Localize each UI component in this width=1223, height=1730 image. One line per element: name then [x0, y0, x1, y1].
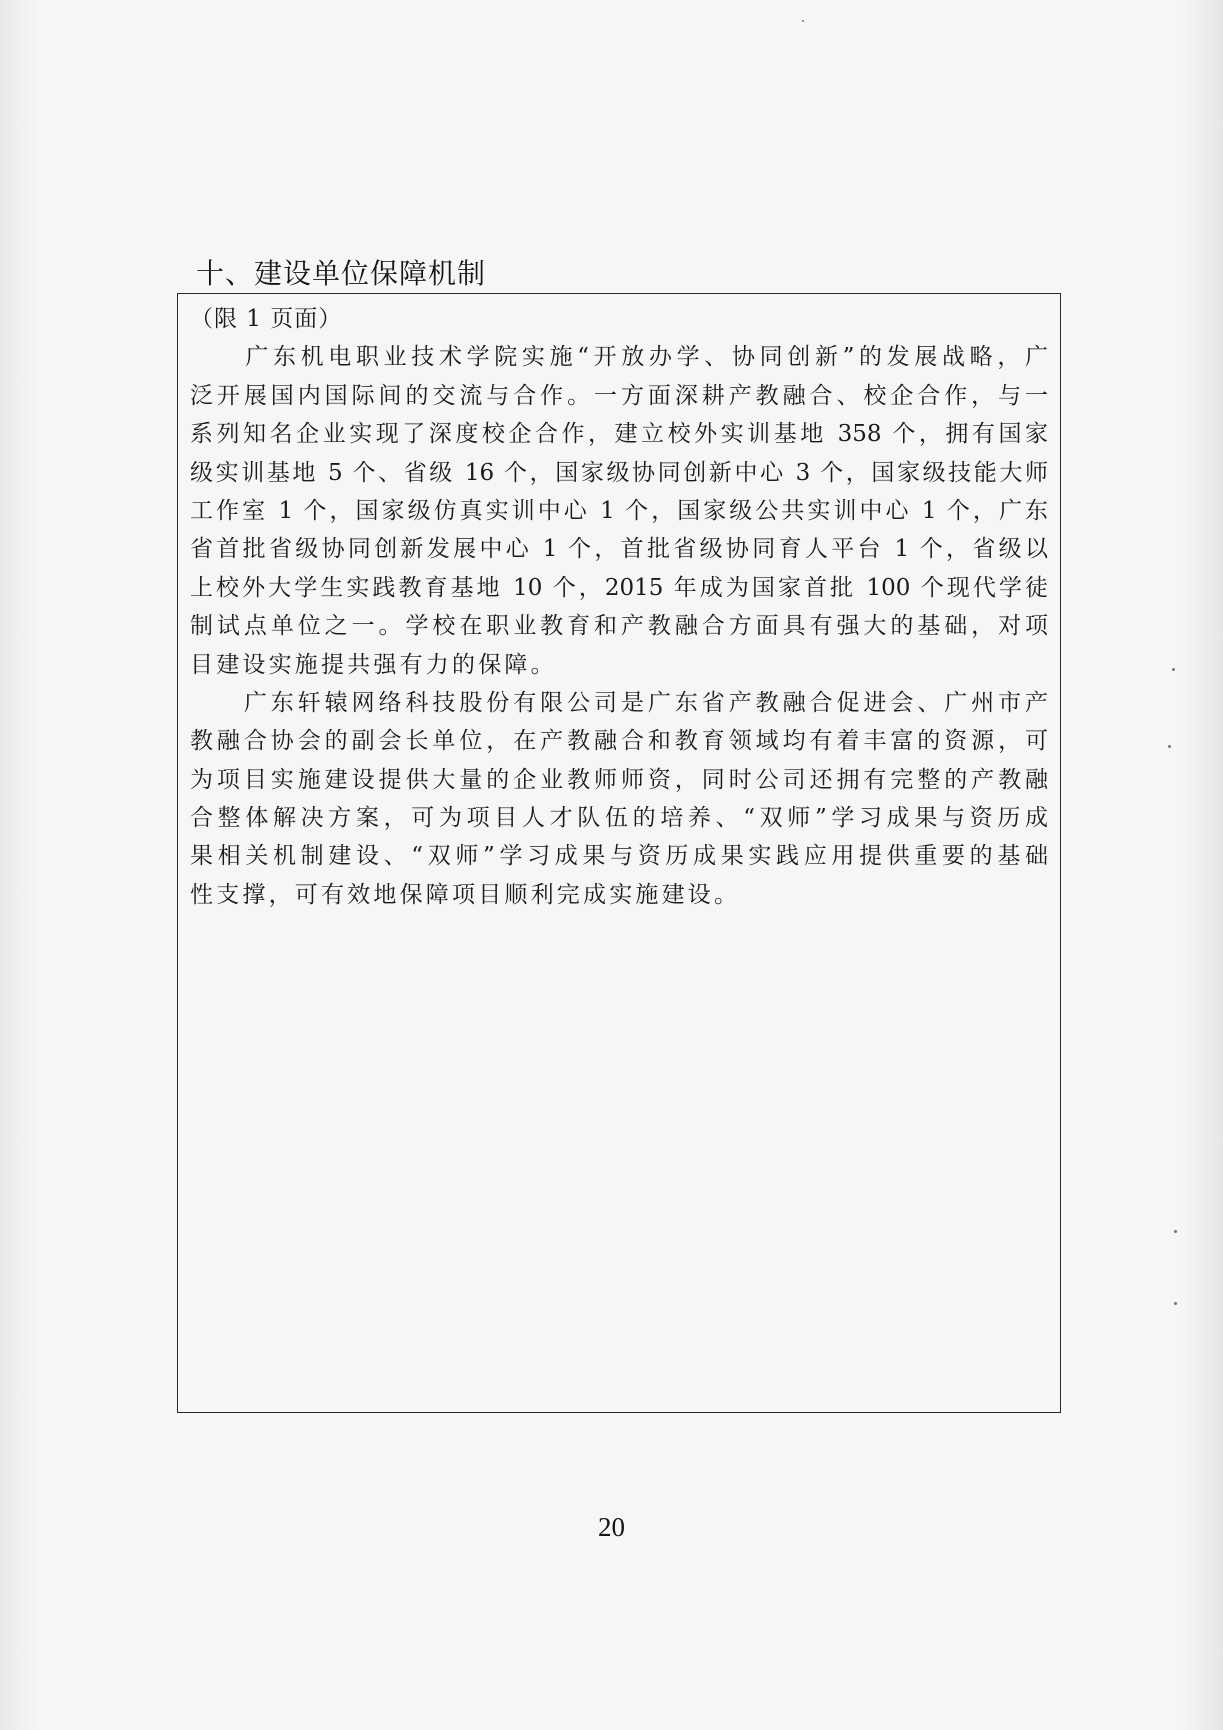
text-line: 广东轩辕网络科技股份有限公司是广东省产教融合促进会、广州市产	[190, 684, 1048, 722]
box-text: （限 1 页面） 广东机电职业技术学院实施“开放办学、协同创新”的发展战略，广 …	[190, 300, 1048, 914]
scan-speck	[802, 20, 804, 22]
document-page: 十、建设单位保障机制 （限 1 页面） 广东机电职业技术学院实施“开放办学、协同…	[0, 0, 1223, 1730]
text-line: 合整体解决方案，可为项目人才队伍的培养、“双师”学习成果与资历成	[190, 799, 1048, 837]
text-line: 教融合协会的副会长单位，在产教融合和教育领域均有着丰富的资源，可	[190, 722, 1048, 760]
text-line: 果相关机制建设、“双师”学习成果与资历成果实践应用提供重要的基础	[190, 837, 1048, 875]
scan-speck	[1174, 1302, 1177, 1305]
page-number: 20	[0, 1512, 1223, 1543]
text-line-last: 目建设实施提共强有力的保障。	[190, 646, 1048, 684]
text-line: 制试点单位之一。学校在职业教育和产教融合方面具有强大的基础，对项	[190, 607, 1048, 645]
text-line: 广东机电职业技术学院实施“开放办学、协同创新”的发展战略，广	[190, 338, 1048, 376]
text-line: 上校外大学生实践教育基地 10 个，2015 年成为国家首批 100 个现代学徒	[190, 569, 1048, 607]
section-title: 十、建设单位保障机制	[196, 252, 486, 292]
text-line: 工作室 1 个，国家级仿真实训中心 1 个，国家级公共实训中心 1 个，广东	[190, 492, 1048, 530]
text-line: 泛开展国内国际间的交流与合作。一方面深耕产教融合、校企合作，与一	[190, 377, 1048, 415]
text-line: 为项目实施建设提供大量的企业教师师资，同时公司还拥有完整的产教融	[190, 761, 1048, 799]
scan-speck	[1168, 745, 1171, 748]
paragraph-company: 广东轩辕网络科技股份有限公司是广东省产教融合促进会、广州市产 教融合协会的副会长…	[190, 684, 1048, 914]
text-line-last: 性支撑，可有效地保障项目顺利完成实施建设。	[190, 876, 1048, 914]
text-line: 省首批省级协同创新发展中心 1 个，首批省级协同育人平台 1 个，省级以	[190, 530, 1048, 568]
content-box: （限 1 页面） 广东机电职业技术学院实施“开放办学、协同创新”的发展战略，广 …	[177, 293, 1061, 1413]
paragraph-college: 广东机电职业技术学院实施“开放办学、协同创新”的发展战略，广 泛开展国内国际间的…	[190, 338, 1048, 684]
text-line: 级实训基地 5 个、省级 16 个，国家级协同创新中心 3 个，国家级技能大师	[190, 454, 1048, 492]
scan-speck	[1172, 668, 1175, 671]
scan-speck	[1174, 1230, 1177, 1233]
page-limit-note: （限 1 页面）	[190, 300, 1048, 338]
text-line: 系列知名企业实现了深度校企合作，建立校外实训基地 358 个，拥有国家	[190, 415, 1048, 453]
